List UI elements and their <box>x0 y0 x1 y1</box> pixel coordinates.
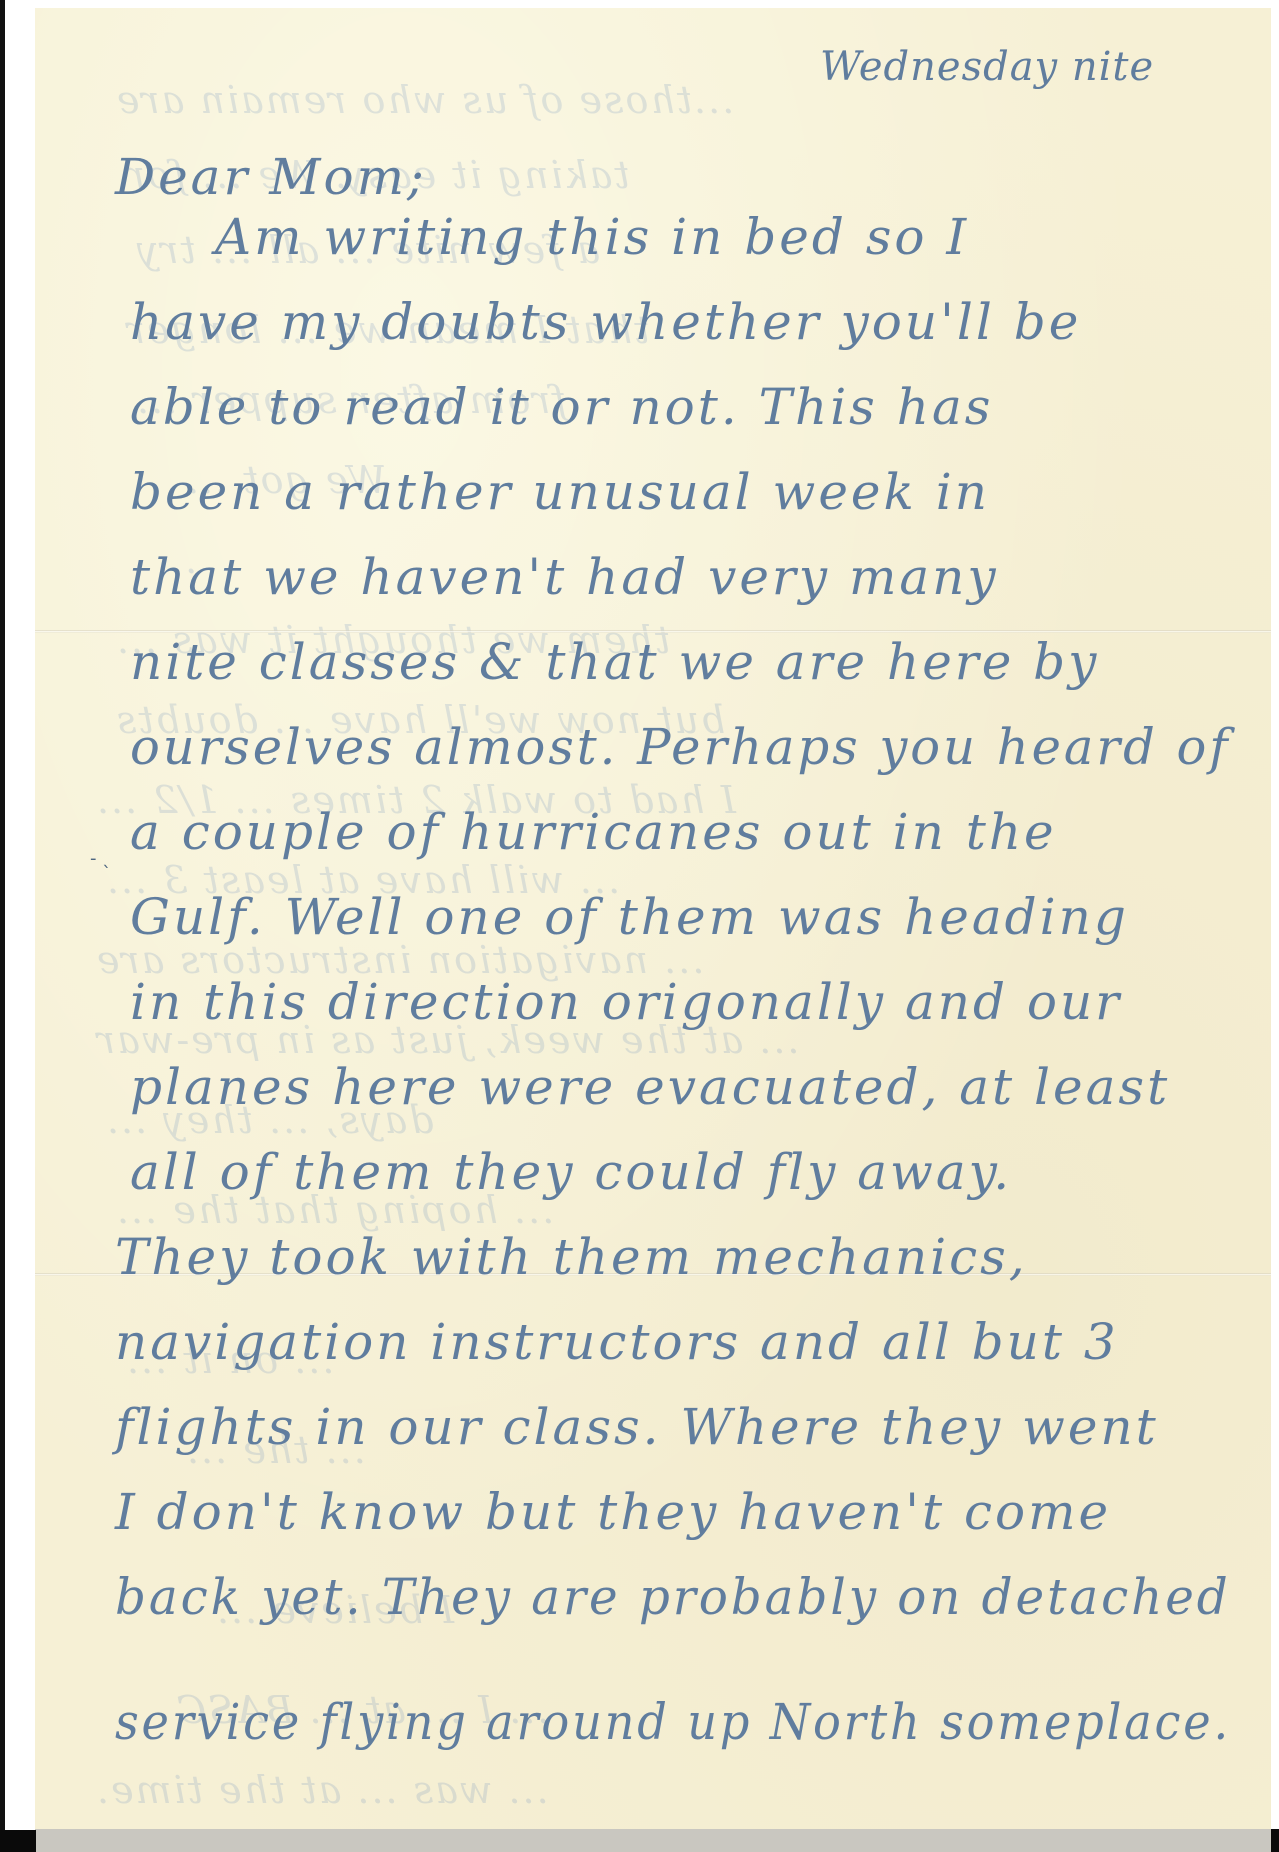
letter-line: They took with them mechanics, <box>115 1228 1028 1286</box>
letter-line: a couple of hurricanes out in the <box>130 803 1057 861</box>
letter-line: Gulf. Well one of them was heading <box>130 888 1129 946</box>
bleed-through-line: ... was ... at the time. <box>95 1768 549 1812</box>
scan-bottom-strip <box>35 1829 1271 1852</box>
letter-line: in this direction origonally and our <box>130 973 1122 1031</box>
letter-line: that we haven't had very many <box>130 548 999 606</box>
letter-line: navigation instructors and all but 3 <box>115 1313 1119 1371</box>
stray-pen-mark: - ˎ <box>90 848 111 869</box>
salutation: Dear Mom; <box>115 148 427 206</box>
letter-page: ...those of us who remain are taking it … <box>35 8 1271 1829</box>
bleed-through-line: ...those of us who remain are <box>115 78 734 122</box>
letter-line: I don't know but they haven't come <box>115 1483 1111 1541</box>
scan-border-left <box>0 0 5 1852</box>
letter-line: ourselves almost. Perhaps you heard of <box>130 718 1231 776</box>
letter-line: planes here were evacuated, at least <box>130 1058 1170 1116</box>
letter-line: back yet. They are probably on detached <box>115 1568 1231 1626</box>
letter-line: been a rather unusual week in <box>130 463 990 521</box>
scan-corner <box>1271 1829 1279 1852</box>
letter-line: service flying around up North someplace… <box>115 1693 1231 1751</box>
date-line: Wednesday nite <box>820 44 1154 90</box>
scan-corner <box>0 1830 36 1852</box>
letter-line: nite classes & that we are here by <box>130 633 1099 691</box>
letter-line: able to read it or not. This has <box>130 378 993 436</box>
letter-line: all of them they could fly away. <box>130 1143 1012 1201</box>
letter-line: flights in our class. Where they went <box>115 1398 1159 1456</box>
letter-line: have my doubts whether you'll be <box>130 293 1081 351</box>
letter-line: Am writing this in bed so I <box>215 208 969 266</box>
